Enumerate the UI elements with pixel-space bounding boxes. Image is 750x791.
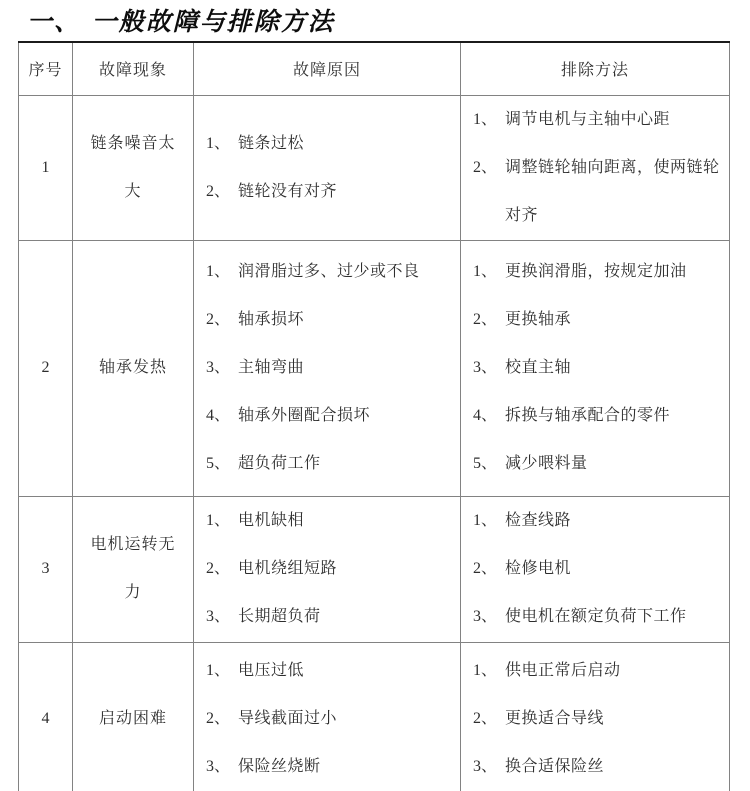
method-item: 1、检查线路 [473, 497, 723, 545]
method-item: 4、拆换与轴承配合的零件 [473, 392, 723, 440]
item-number: 2、 [206, 695, 238, 743]
fault-table: 序号 故障现象 故障原因 排除方法 1链条噪音太大1、链条过松2、链轮没有对齐1… [18, 41, 730, 791]
method-item: 2、更换适合导线 [473, 695, 723, 743]
cause-item: 1、电压过低 [206, 647, 454, 695]
col-header-serial: 序号 [19, 42, 73, 95]
item-number: 1、 [473, 497, 505, 545]
cause-item: 1、链条过松 [206, 120, 454, 168]
item-text: 电机绕组短路 [238, 545, 454, 593]
item-number: 2、 [473, 695, 505, 743]
item-number: 1、 [206, 647, 238, 695]
item-text: 链条过松 [238, 120, 454, 168]
method-item: 1、更换润滑脂，按规定加油 [473, 248, 723, 296]
cause-cell: 1、电压过低2、导线截面过小3、保险丝烧断 [194, 642, 461, 791]
col-header-method: 排除方法 [461, 42, 730, 95]
cause-item: 2、导线截面过小 [206, 695, 454, 743]
phenomenon-text: 轴承发热 [89, 344, 177, 392]
phenomenon-text: 启动困难 [89, 695, 177, 743]
method-item: 1、供电正常后启动 [473, 647, 723, 695]
cause-item: 1、电机缺相 [206, 497, 454, 545]
item-number: 4、 [206, 392, 238, 440]
item-text: 长期超负荷 [238, 593, 454, 641]
item-text: 更换轴承 [505, 296, 723, 344]
item-number: 2、 [473, 296, 505, 344]
phenomenon-cell: 启动困难 [73, 642, 194, 791]
method-cell: 1、更换润滑脂，按规定加油2、更换轴承3、校直主轴4、拆换与轴承配合的零件5、减… [461, 240, 730, 496]
item-number: 3、 [206, 593, 238, 641]
phenomenon-cell: 电机运转无力 [73, 496, 194, 642]
item-text: 更换适合导线 [505, 695, 723, 743]
cause-item: 4、轴承外圈配合损坏 [206, 392, 454, 440]
item-text: 电机缺相 [238, 497, 454, 545]
cause-item: 2、轴承损坏 [206, 296, 454, 344]
item-number: 2、 [206, 168, 238, 216]
method-cell: 1、供电正常后启动2、更换适合导线3、换合适保险丝 [461, 642, 730, 791]
item-text: 超负荷工作 [238, 440, 454, 488]
item-number: 2、 [206, 296, 238, 344]
page-title: 一、 一般故障与排除方法 [27, 2, 750, 38]
item-text: 导线截面过小 [238, 695, 454, 743]
item-text: 拆换与轴承配合的零件 [505, 392, 723, 440]
fault-table-row: 2轴承发热1、润滑脂过多、过少或不良2、轴承损坏3、主轴弯曲4、轴承外圈配合损坏… [19, 240, 730, 496]
method-item: 3、校直主轴 [473, 344, 723, 392]
item-number: 3、 [206, 344, 238, 392]
cause-item: 5、超负荷工作 [206, 440, 454, 488]
item-text: 轴承外圈配合损坏 [238, 392, 454, 440]
item-number: 3、 [473, 344, 505, 392]
item-text: 检修电机 [505, 545, 723, 593]
phenomenon-text: 链条噪音太大 [89, 120, 177, 216]
serial-cell: 2 [19, 240, 73, 496]
cause-cell: 1、润滑脂过多、过少或不良2、轴承损坏3、主轴弯曲4、轴承外圈配合损坏5、超负荷… [194, 240, 461, 496]
item-text: 润滑脂过多、过少或不良 [238, 248, 454, 296]
phenomenon-text: 电机运转无力 [89, 521, 177, 617]
cause-cell: 1、电机缺相2、电机绕组短路3、长期超负荷 [194, 496, 461, 642]
item-number: 5、 [473, 440, 505, 488]
method-cell: 1、调节电机与主轴中心距2、调整链轮轴向距离，使两链轮对齐 [461, 95, 730, 240]
phenomenon-cell: 轴承发热 [73, 240, 194, 496]
cause-item: 2、链轮没有对齐 [206, 168, 454, 216]
item-number: 1、 [206, 248, 238, 296]
item-number: 4、 [473, 392, 505, 440]
item-text: 使电机在额定负荷下工作 [505, 593, 723, 641]
method-item: 3、使电机在额定负荷下工作 [473, 593, 723, 641]
item-text: 保险丝烧断 [238, 743, 454, 791]
item-number: 3、 [206, 743, 238, 791]
cause-item: 2、电机绕组短路 [206, 545, 454, 593]
method-cell: 1、检查线路2、检修电机3、使电机在额定负荷下工作 [461, 496, 730, 642]
method-item: 2、检修电机 [473, 545, 723, 593]
item-number: 2、 [206, 545, 238, 593]
item-text: 检查线路 [505, 497, 723, 545]
method-item: 1、调节电机与主轴中心距 [473, 96, 723, 144]
serial-cell: 3 [19, 496, 73, 642]
item-text: 减少喂料量 [505, 440, 723, 488]
method-item: 2、调整链轮轴向距离，使两链轮对齐 [473, 144, 723, 240]
item-text: 调整链轮轴向距离，使两链轮对齐 [505, 144, 723, 240]
fault-table-row: 3电机运转无力1、电机缺相2、电机绕组短路3、长期超负荷1、检查线路2、检修电机… [19, 496, 730, 642]
col-header-cause: 故障原因 [194, 42, 461, 95]
cause-item: 3、保险丝烧断 [206, 743, 454, 791]
col-header-phenomenon: 故障现象 [73, 42, 194, 95]
item-text: 轴承损坏 [238, 296, 454, 344]
item-number: 5、 [206, 440, 238, 488]
item-number: 3、 [473, 743, 505, 791]
item-number: 3、 [473, 593, 505, 641]
method-item: 3、换合适保险丝 [473, 743, 723, 791]
item-text: 供电正常后启动 [505, 647, 723, 695]
cause-item: 1、润滑脂过多、过少或不良 [206, 248, 454, 296]
document-page: 一、 一般故障与排除方法 序号 故障现象 故障原因 排除方法 1链条噪音太大1、… [0, 0, 750, 791]
item-number: 1、 [473, 647, 505, 695]
item-text: 换合适保险丝 [505, 743, 723, 791]
item-text: 校直主轴 [505, 344, 723, 392]
item-number: 2、 [473, 144, 505, 240]
method-item: 2、更换轴承 [473, 296, 723, 344]
item-text: 链轮没有对齐 [238, 168, 454, 216]
item-number: 1、 [206, 497, 238, 545]
method-item: 5、减少喂料量 [473, 440, 723, 488]
fault-table-row: 1链条噪音太大1、链条过松2、链轮没有对齐1、调节电机与主轴中心距2、调整链轮轴… [19, 95, 730, 240]
item-text: 主轴弯曲 [238, 344, 454, 392]
item-text: 调节电机与主轴中心距 [505, 96, 723, 144]
fault-table-row: 4启动困难1、电压过低2、导线截面过小3、保险丝烧断1、供电正常后启动2、更换适… [19, 642, 730, 791]
item-text: 电压过低 [238, 647, 454, 695]
table-header-row: 序号 故障现象 故障原因 排除方法 [19, 42, 730, 95]
serial-cell: 4 [19, 642, 73, 791]
cause-item: 3、长期超负荷 [206, 593, 454, 641]
item-text: 更换润滑脂，按规定加油 [505, 248, 723, 296]
item-number: 1、 [206, 120, 238, 168]
cause-cell: 1、链条过松2、链轮没有对齐 [194, 95, 461, 240]
item-number: 1、 [473, 96, 505, 144]
phenomenon-cell: 链条噪音太大 [73, 95, 194, 240]
item-number: 1、 [473, 248, 505, 296]
cause-item: 3、主轴弯曲 [206, 344, 454, 392]
item-number: 2、 [473, 545, 505, 593]
serial-cell: 1 [19, 95, 73, 240]
